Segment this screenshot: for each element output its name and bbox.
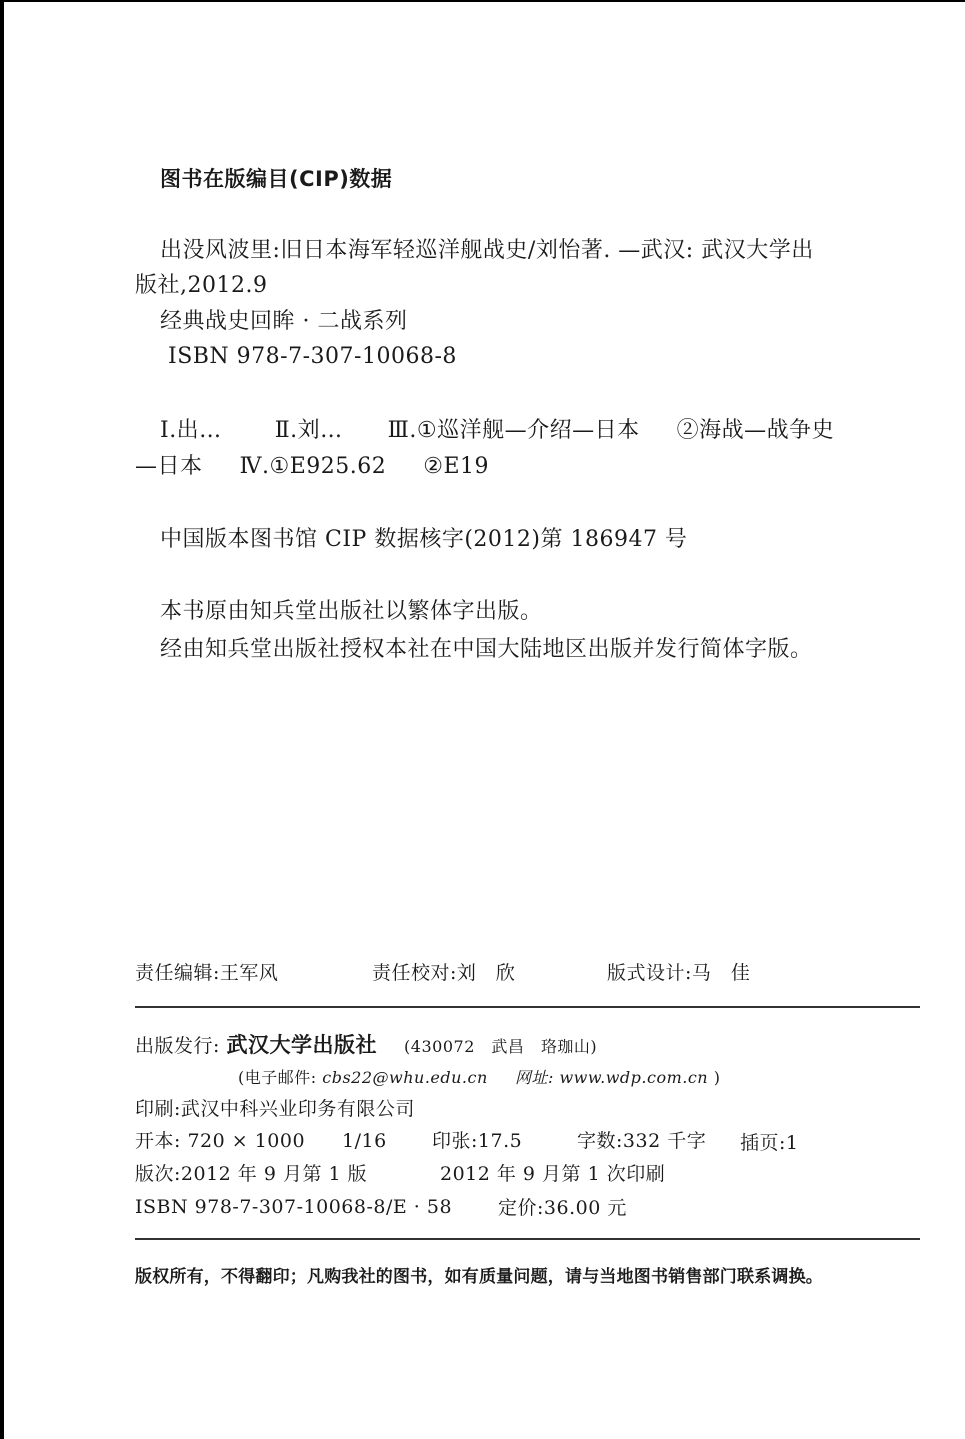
copyright-notice: 版权所有，不得翻印；凡购我社的图书，如有质量问题，请与当地图书销售部门联系调换。 xyxy=(135,1264,823,1290)
subject-iii-2: ②海战—战争史 xyxy=(677,418,835,443)
format: 开本: 720 × 1000 xyxy=(135,1130,305,1152)
cip-heading: 图书在版编目(CIP)数据 xyxy=(160,166,392,192)
edition: 版次:2012 年 9 月第 1 版 xyxy=(135,1163,367,1185)
subject-iv: Ⅳ.①E925.62 xyxy=(240,454,387,479)
publisher-website[interactable]: www.wdp.com.cn xyxy=(559,1068,708,1087)
cip-subjects-line1: Ⅰ.出… Ⅱ.刘… Ⅲ.①巡洋舰—介绍—日本 ②海战—战争史 xyxy=(160,418,834,444)
cip-isbn: ISBN 978-7-307-10068-8 xyxy=(168,344,457,370)
staff-proofreader: 责任校对:刘 欣 xyxy=(372,962,515,984)
sheets: 印张:17.5 xyxy=(432,1130,522,1152)
publisher-name: 武汉大学出版社 xyxy=(226,1033,377,1057)
publisher-contact: (电子邮件: cbs22@whu.edu.cn 网址: www.wdp.com.… xyxy=(238,1068,720,1088)
cip-series: 经典战史回眸 · 二战系列 xyxy=(160,309,407,335)
cip-core-number: 中国版本图书馆 CIP 数据核字(2012)第 186947 号 xyxy=(160,527,687,553)
contact-close: ) xyxy=(714,1068,721,1087)
cip-record-line1: 出没风波里:旧日本海军轻巡洋舰战史/刘怡著. —武汉: 武汉大学出 xyxy=(160,238,814,264)
full-isbn: ISBN 978-7-307-10068-8/E · 58 xyxy=(135,1196,452,1218)
subject-i: Ⅰ.出… xyxy=(160,418,222,443)
subject-iii: Ⅲ.①巡洋舰—介绍—日本 xyxy=(388,418,640,443)
contact-open: (电子邮件: xyxy=(238,1068,322,1087)
cip-record-line2: 版社,2012.9 xyxy=(135,273,267,299)
page-border-left xyxy=(0,0,4,1439)
word-count: 字数:332 千字 xyxy=(577,1130,706,1152)
subject-iii-2-cont: —日本 xyxy=(135,454,203,479)
publisher-email[interactable]: cbs22@whu.edu.cn xyxy=(322,1068,488,1087)
license-note-line2: 经由知兵堂出版社授权本社在中国大陆地区出版并发行简体字版。 xyxy=(160,637,813,663)
subject-iv-2: ②E19 xyxy=(423,454,489,479)
divider-bottom xyxy=(135,1238,920,1240)
fold: 1/16 xyxy=(342,1130,387,1152)
publisher-address: (430072 武昌 珞珈山) xyxy=(404,1037,597,1056)
subject-ii: Ⅱ.刘… xyxy=(275,418,343,443)
license-note-line1: 本书原由知兵堂出版社以繁体字出版。 xyxy=(160,599,543,625)
publisher-label: 出版发行: xyxy=(135,1035,220,1057)
publisher-line: 出版发行: 武汉大学出版社 (430072 武昌 珞珈山) xyxy=(135,1034,597,1058)
price: 定价:36.00 元 xyxy=(498,1197,627,1219)
staff-editor: 责任编辑:王军风 xyxy=(135,962,278,984)
impression: 2012 年 9 月第 1 次印刷 xyxy=(440,1163,665,1185)
website-label: 网址: xyxy=(515,1068,559,1087)
printer: 印刷:武汉中科兴业印务有限公司 xyxy=(135,1098,415,1120)
divider-top xyxy=(135,1006,920,1008)
plates: 插页:1 xyxy=(740,1132,799,1154)
staff-designer: 版式设计:马 佳 xyxy=(607,962,750,984)
page-border-top xyxy=(0,0,965,2)
cip-subjects-line2: —日本 Ⅳ.①E925.62 ②E19 xyxy=(135,454,489,480)
